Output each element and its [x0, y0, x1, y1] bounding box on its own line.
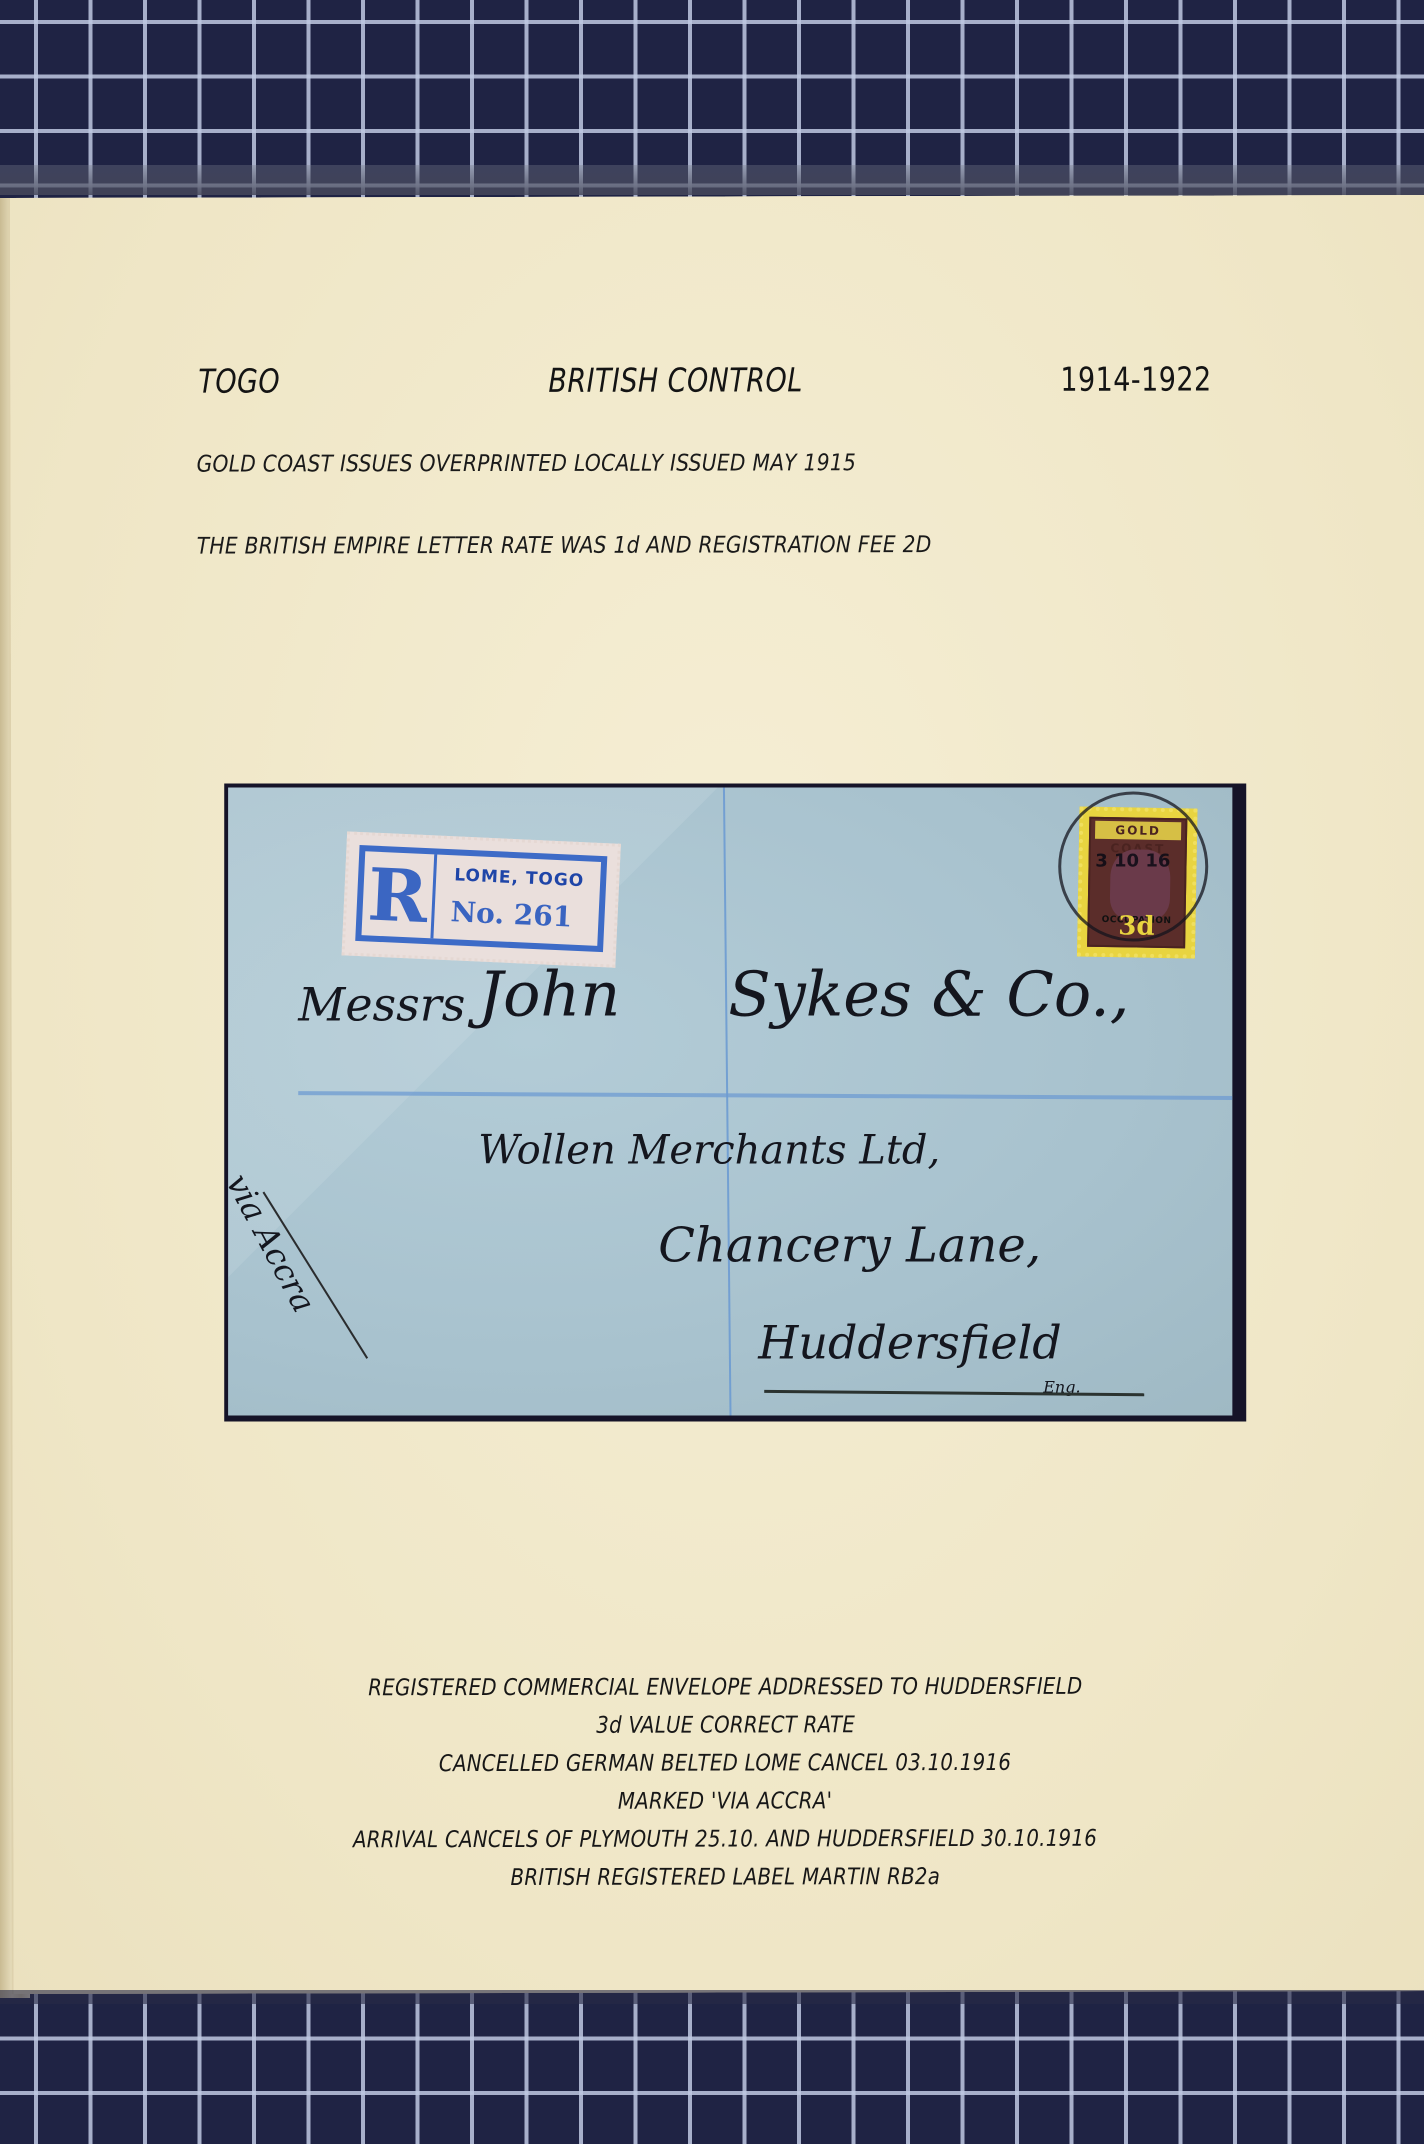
registered-envelope: R LOME, TOGO No. 261 GOLD COAST OCCUPATI… [228, 788, 1232, 1416]
blue-crayon-vertical-line [723, 788, 732, 1416]
subtitle-issue-note: GOLD COAST ISSUES OVERPRINTED LOCALLY IS… [197, 450, 857, 477]
header-country: TOGO [198, 361, 280, 400]
description-text: MARKED 'VIA ACCRA' [618, 1788, 833, 1814]
address-name-first: John [478, 958, 620, 1031]
address-line-business: Wollen Merchants Ltd, [478, 1128, 940, 1174]
address-name-company: Sykes & Co., [728, 958, 1129, 1031]
description-line-2: 3d VALUE CORRECT RATE [13, 1711, 1424, 1740]
description-text: CANCELLED GERMAN BELTED LOME CANCEL 03.1… [439, 1750, 1011, 1777]
header-years: 1914-1922 [1060, 359, 1211, 398]
lome-postmark-cancel: 3 10 16 [1058, 792, 1208, 942]
registration-town: LOME, TOGO [454, 865, 585, 891]
description-line-3: CANCELLED GERMAN BELTED LOME CANCEL 03.1… [13, 1749, 1424, 1778]
description-text: REGISTERED COMMERCIAL ENVELOPE ADDRESSED… [368, 1674, 1082, 1701]
registration-number: No. 261 [450, 895, 573, 933]
address-underline [764, 1390, 1144, 1396]
cancel-date: 3 10 16 [1095, 851, 1170, 872]
address-line-town: Huddersfield [758, 1316, 1062, 1370]
registration-label: R LOME, TOGO No. 261 [342, 831, 621, 967]
routing-note-via-accra: via Accra [228, 1168, 323, 1319]
envelope-mount: R LOME, TOGO No. 261 GOLD COAST OCCUPATI… [224, 784, 1246, 1422]
description-line-1: REGISTERED COMMERCIAL ENVELOPE ADDRESSED… [13, 1673, 1424, 1702]
registration-r-letter: R [361, 851, 437, 938]
address-line-street: Chancery Lane, [658, 1218, 1041, 1274]
subtitle-rate-note: THE BRITISH EMPIRE LETTER RATE WAS 1d AN… [197, 532, 932, 560]
album-page: TOGO BRITISH CONTROL 1914-1922 GOLD COAS… [10, 195, 1424, 1994]
description-text: ARRIVAL CANCELS OF PLYMOUTH 25.10. AND H… [353, 1826, 1097, 1854]
blue-crayon-horizontal-line [298, 1091, 1232, 1100]
description-line-6: BRITISH REGISTERED LABEL MARTIN RB2a [13, 1863, 1424, 1892]
description-text: 3d VALUE CORRECT RATE [596, 1712, 855, 1739]
description-text: BRITISH REGISTERED LABEL MARTIN RB2a [511, 1864, 941, 1891]
album-sleeve-bottom-edge [0, 1990, 1424, 2004]
description-line-5: ARRIVAL CANCELS OF PLYMOUTH 25.10. AND H… [13, 1825, 1424, 1854]
registration-label-frame: R LOME, TOGO No. 261 [355, 845, 607, 952]
header-title: BRITISH CONTROL [548, 360, 802, 400]
address-messrs: Messrs [298, 978, 465, 1032]
album-sleeve-top-edge [0, 165, 1424, 195]
description-line-4: MARKED 'VIA ACCRA' [13, 1787, 1424, 1816]
